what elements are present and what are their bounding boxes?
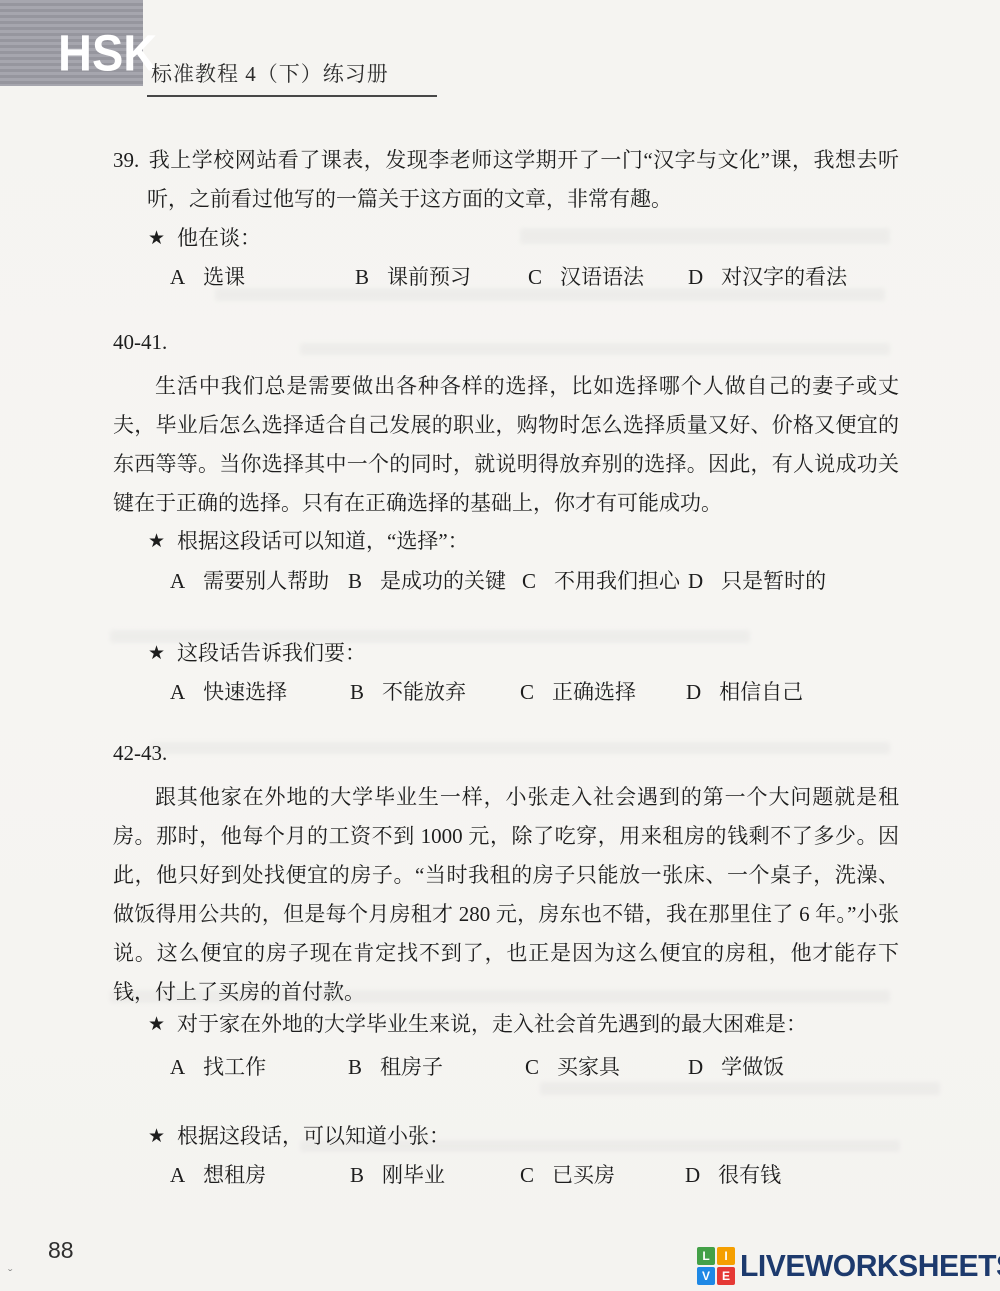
option-letter: C bbox=[520, 680, 534, 705]
liveworksheets-icon: L I V E bbox=[697, 1247, 735, 1285]
option-letter: D bbox=[685, 1163, 700, 1188]
prompt-text: 对于家在外地的大学毕业生来说，走入社会首先遇到的最大困难是： bbox=[177, 1012, 807, 1036]
option-d[interactable]: D 学做饭 bbox=[688, 1051, 784, 1081]
option-letter: B bbox=[348, 1055, 362, 1080]
option-text: 相信自己 bbox=[719, 676, 803, 706]
option-c[interactable]: C 正确选择 bbox=[520, 676, 636, 706]
option-text: 已买房 bbox=[552, 1159, 615, 1189]
option-text: 不能放弃 bbox=[382, 676, 466, 706]
star-icon: ★ bbox=[148, 643, 165, 664]
question-39-text: 39.我上学校网站看了课表，发现李老师这学期开了一门“汉字与文化”课，我想去听听… bbox=[113, 141, 899, 219]
option-a[interactable]: A 需要别人帮助 bbox=[170, 565, 329, 595]
liveworksheets-wordmark: LIVEWORKSHEETS bbox=[740, 1248, 1000, 1284]
option-letter: C bbox=[522, 569, 536, 594]
option-text: 是成功的关键 bbox=[380, 565, 506, 595]
logo-block-i: I bbox=[717, 1247, 735, 1265]
option-text: 选课 bbox=[203, 261, 245, 291]
option-c[interactable]: C 买家具 bbox=[525, 1051, 620, 1081]
option-text: 需要别人帮助 bbox=[203, 565, 329, 595]
section-40-41-q1-prompt: ★根据这段话可以知道，“选择”： bbox=[148, 525, 469, 555]
option-d[interactable]: D 只是暂时的 bbox=[688, 565, 826, 595]
option-a[interactable]: A 找工作 bbox=[170, 1051, 266, 1081]
option-text: 刚毕业 bbox=[382, 1159, 445, 1189]
question-39-prompt: ★他在谈： bbox=[148, 222, 261, 252]
option-letter: A bbox=[170, 1163, 185, 1188]
option-letter: A bbox=[170, 265, 185, 290]
star-icon: ★ bbox=[148, 228, 165, 249]
option-b[interactable]: B 租房子 bbox=[348, 1051, 443, 1081]
bleed-through-artifact bbox=[300, 343, 890, 355]
option-letter: A bbox=[170, 680, 185, 705]
prompt-text: 根据这段话可以知道，“选择”： bbox=[177, 529, 469, 553]
option-d[interactable]: D 对汉字的看法 bbox=[688, 261, 847, 291]
logo-block-v: V bbox=[697, 1267, 715, 1285]
option-d[interactable]: D 很有钱 bbox=[685, 1159, 781, 1189]
option-letter: B bbox=[355, 265, 369, 290]
option-c[interactable]: C 已买房 bbox=[520, 1159, 615, 1189]
option-c[interactable]: C 不用我们担心 bbox=[522, 565, 680, 595]
option-letter: A bbox=[170, 569, 185, 594]
option-letter: A bbox=[170, 1055, 185, 1080]
option-letter: D bbox=[688, 1055, 703, 1080]
option-letter: C bbox=[520, 1163, 534, 1188]
header-title: 标准教程 4（下）练习册 bbox=[151, 58, 389, 88]
option-letter: B bbox=[350, 1163, 364, 1188]
page-number: 88 bbox=[48, 1237, 74, 1264]
section-42-43-q2-prompt: ★根据这段话，可以知道小张： bbox=[148, 1120, 450, 1150]
option-text: 学做饭 bbox=[721, 1051, 784, 1081]
option-letter: C bbox=[528, 265, 542, 290]
option-letter: D bbox=[686, 680, 701, 705]
question-39-prompt-text: 他在谈： bbox=[177, 226, 261, 250]
option-text: 汉语语法 bbox=[560, 261, 644, 291]
header-rule bbox=[147, 95, 437, 97]
section-40-41-label: 40-41. bbox=[113, 330, 167, 355]
option-a[interactable]: A 想租房 bbox=[170, 1159, 266, 1189]
section-40-41-q2-options: A 快速选择 B 不能放弃 C 正确选择 D 相信自己 bbox=[0, 676, 1000, 716]
logo-block-l: L bbox=[697, 1247, 715, 1265]
option-text: 正确选择 bbox=[552, 676, 636, 706]
option-a[interactable]: A 快速选择 bbox=[170, 676, 287, 706]
option-letter: C bbox=[525, 1055, 539, 1080]
star-icon: ★ bbox=[148, 1126, 165, 1147]
section-42-43-label: 42-43. bbox=[113, 741, 167, 766]
option-text: 不用我们担心 bbox=[554, 565, 680, 595]
workbook-page: HSK 标准教程 4（下）练习册 39.我上学校网站看了课表，发现李老师这学期开… bbox=[0, 0, 1000, 1291]
liveworksheets-logo[interactable]: L I V E LIVEWORKSHEETS bbox=[697, 1247, 1000, 1285]
option-b[interactable]: B 不能放弃 bbox=[350, 676, 466, 706]
option-text: 租房子 bbox=[380, 1051, 443, 1081]
option-d[interactable]: D 相信自己 bbox=[686, 676, 803, 706]
option-text: 想租房 bbox=[203, 1159, 266, 1189]
option-letter: D bbox=[688, 569, 703, 594]
option-b[interactable]: B 刚毕业 bbox=[350, 1159, 445, 1189]
section-40-41-q1-options: A 需要别人帮助 B 是成功的关键 C 不用我们担心 D 只是暂时的 bbox=[0, 565, 1000, 605]
question-39-options: A 选课 B 课前预习 C 汉语语法 D 对汉字的看法 bbox=[0, 261, 1000, 301]
option-b[interactable]: B 课前预习 bbox=[355, 261, 471, 291]
scan-corner-mark: ˇ bbox=[8, 1266, 12, 1282]
question-39-number: 39. bbox=[113, 148, 139, 172]
option-text: 很有钱 bbox=[718, 1159, 781, 1189]
option-text: 对汉字的看法 bbox=[721, 261, 847, 291]
option-letter: B bbox=[350, 680, 364, 705]
section-42-43-q2-options: A 想租房 B 刚毕业 C 已买房 D 很有钱 bbox=[0, 1159, 1000, 1199]
bleed-through-artifact bbox=[520, 228, 890, 244]
section-40-41-q2-prompt: ★这段话告诉我们要： bbox=[148, 637, 366, 667]
section-42-43-q1-options: A 找工作 B 租房子 C 买家具 D 学做饭 bbox=[0, 1051, 1000, 1091]
option-letter: B bbox=[348, 569, 362, 594]
option-text: 找工作 bbox=[203, 1051, 266, 1081]
option-letter: D bbox=[688, 265, 703, 290]
question-39-body: 我上学校网站看了课表，发现李老师这学期开了一门“汉字与文化”课，我想去听听，之前… bbox=[147, 148, 899, 211]
hsk-logo: HSK bbox=[58, 26, 157, 80]
star-icon: ★ bbox=[148, 1014, 165, 1035]
option-text: 买家具 bbox=[557, 1051, 620, 1081]
option-b[interactable]: B 是成功的关键 bbox=[348, 565, 506, 595]
option-text: 快速选择 bbox=[203, 676, 287, 706]
section-42-43-passage: 跟其他家在外地的大学毕业生一样，小张走入社会遇到的第一个大问题就是租房。那时，他… bbox=[113, 778, 899, 1012]
section-40-41-passage: 生活中我们总是需要做出各种各样的选择，比如选择哪个人做自己的妻子或丈夫，毕业后怎… bbox=[113, 367, 899, 523]
prompt-text: 这段话告诉我们要： bbox=[177, 641, 366, 665]
section-42-43-q1-prompt: ★对于家在外地的大学毕业生来说，走入社会首先遇到的最大困难是： bbox=[148, 1008, 807, 1038]
option-a[interactable]: A 选课 bbox=[170, 261, 245, 291]
star-icon: ★ bbox=[148, 531, 165, 552]
logo-block-e: E bbox=[717, 1267, 735, 1285]
option-c[interactable]: C 汉语语法 bbox=[528, 261, 644, 291]
option-text: 课前预习 bbox=[387, 261, 471, 291]
prompt-text: 根据这段话，可以知道小张： bbox=[177, 1124, 450, 1148]
bleed-through-artifact bbox=[150, 742, 890, 754]
option-text: 只是暂时的 bbox=[721, 565, 826, 595]
